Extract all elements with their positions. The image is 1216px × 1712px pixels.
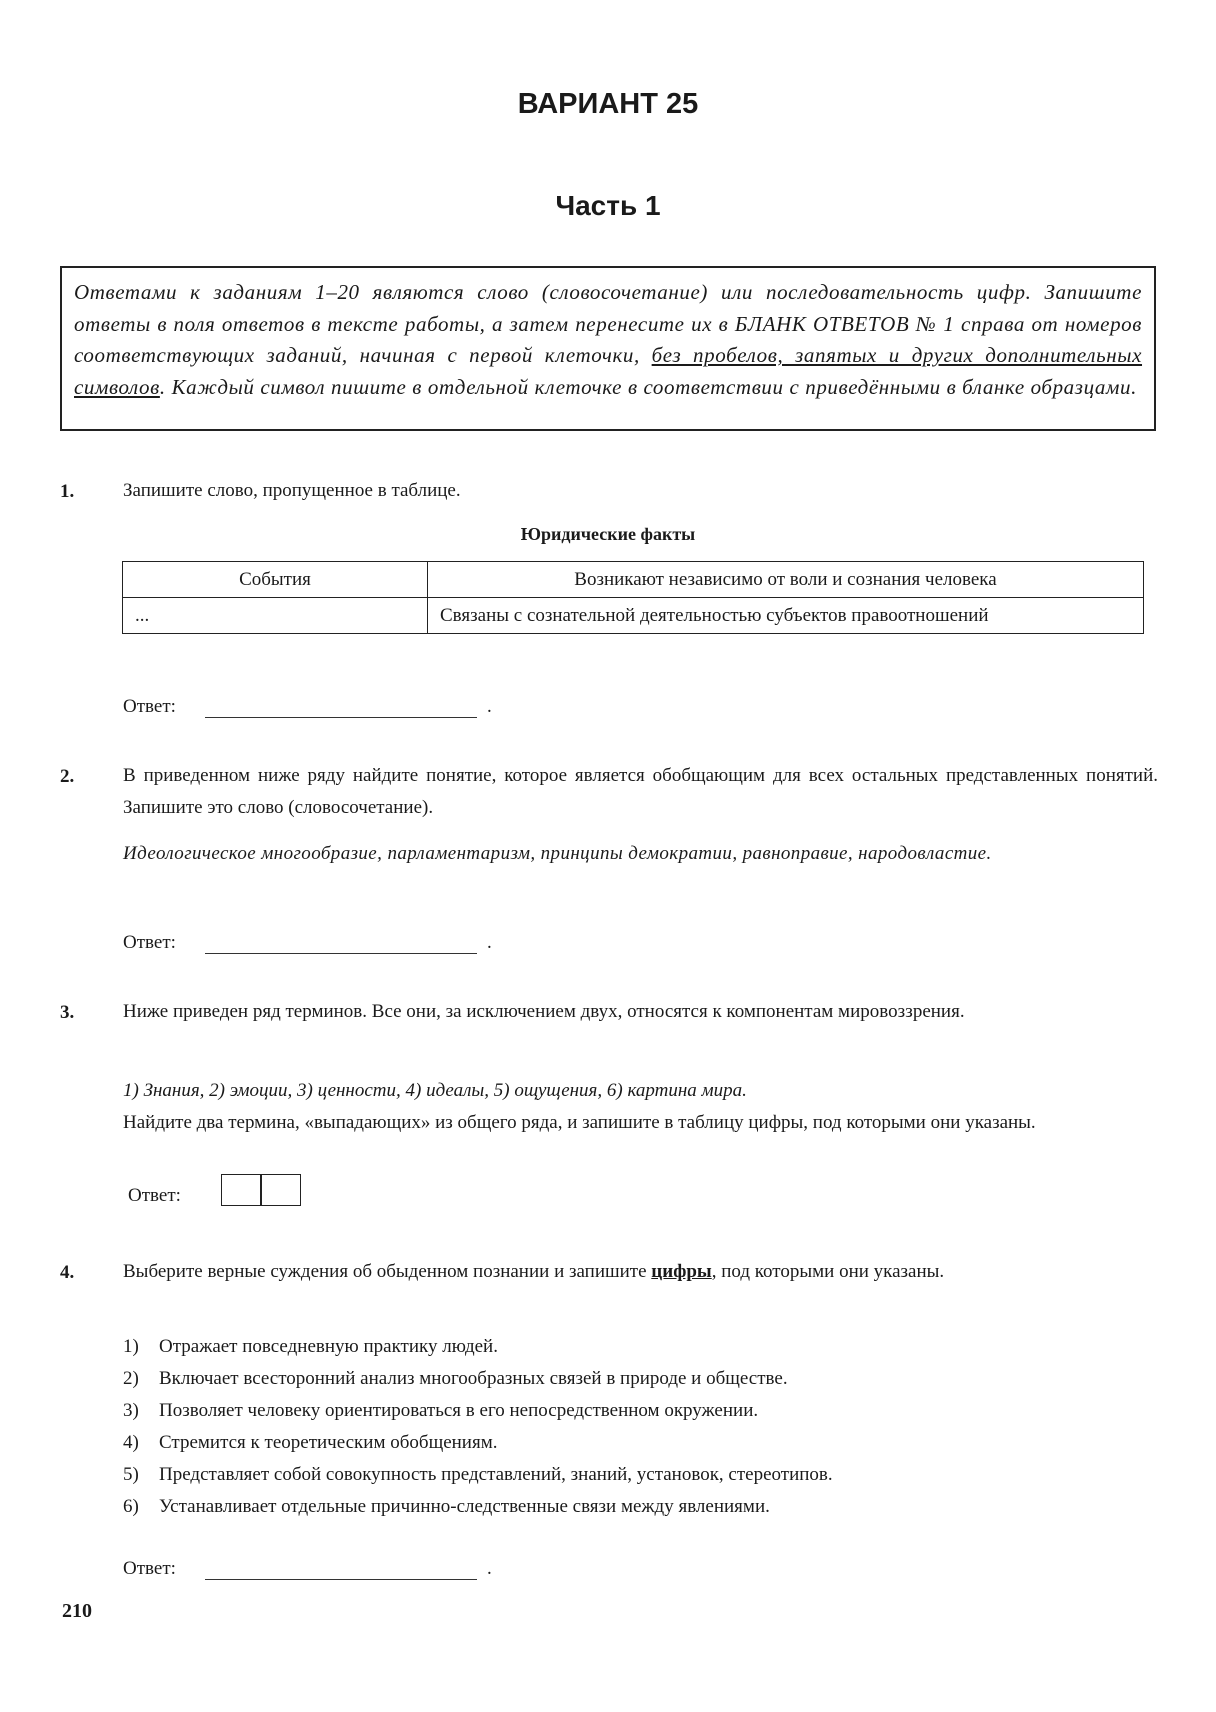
question-4-text-end: , под которыми они указаны. xyxy=(712,1261,944,1282)
table-row: События Возникают независимо от воли и с… xyxy=(123,562,1144,598)
answer-label: Ответ: xyxy=(123,696,176,717)
table-caption: Юридические факты xyxy=(0,524,1216,545)
answer-row-4: Ответ: . xyxy=(123,1558,176,1580)
answer-dot: . xyxy=(487,1558,492,1580)
answer-dot: . xyxy=(487,696,492,718)
table-cell: События xyxy=(123,562,428,598)
table-row: ... Связаны с сознательной деятельностью… xyxy=(123,598,1144,634)
question-1-number: 1. xyxy=(60,481,74,503)
answer-field-4[interactable] xyxy=(205,1579,477,1580)
question-3-text: Ниже приведен ряд терминов. Все они, за … xyxy=(123,996,1158,1028)
option-1: 1)Отражает повседневную практику людей. xyxy=(123,1336,498,1358)
question-3-number: 3. xyxy=(60,1002,74,1024)
option-text: Представляет собой совокупность представ… xyxy=(159,1464,833,1485)
option-number: 4) xyxy=(123,1432,159,1454)
question-4-emphasis: цифры xyxy=(651,1261,711,1282)
answer-field-2[interactable] xyxy=(205,953,477,954)
option-number: 5) xyxy=(123,1464,159,1486)
option-text: Включает всесторонний анализ многообразн… xyxy=(159,1368,788,1389)
variant-title: ВАРИАНТ 25 xyxy=(0,88,1216,121)
option-text: Стремится к теоретическим обобщениям. xyxy=(159,1432,497,1453)
question-2-text: В приведенном ниже ряду найдите понятие,… xyxy=(123,760,1158,824)
page-number: 210 xyxy=(62,1600,92,1623)
answer-cells-3 xyxy=(222,1174,301,1208)
answer-row-3: Ответ: xyxy=(128,1185,181,1207)
instruction-box: Ответами к заданиям 1–20 являются слово … xyxy=(60,266,1156,431)
question-2-terms: Идеологическое многообразие, парламентар… xyxy=(123,838,1158,870)
answer-cell-1[interactable] xyxy=(221,1174,262,1206)
question-4-text-start: Выберите верные суждения об обыденном по… xyxy=(123,1261,651,1282)
question-4-text: Выберите верные суждения об обыденном по… xyxy=(123,1256,1158,1288)
answer-label: Ответ: xyxy=(123,932,176,953)
facts-table: События Возникают независимо от воли и с… xyxy=(122,561,1144,634)
option-2: 2)Включает всесторонний анализ многообра… xyxy=(123,1368,788,1390)
option-text: Позволяет человеку ориентироваться в его… xyxy=(159,1400,758,1421)
answer-row-1: Ответ: . xyxy=(123,696,176,718)
instruction-text-end: . Каждый символ пишите в отдельной клето… xyxy=(160,375,1137,399)
answer-cell-2[interactable] xyxy=(260,1174,301,1206)
table-cell-missing: ... xyxy=(123,598,428,634)
question-3-terms: 1) Знания, 2) эмоции, 3) ценности, 4) ид… xyxy=(123,1075,747,1107)
table-cell: Возникают независимо от воли и сознания … xyxy=(428,562,1144,598)
option-text: Отражает повседневную практику людей. xyxy=(159,1336,498,1357)
option-4: 4)Стремится к теоретическим обобщениям. xyxy=(123,1432,497,1454)
option-text: Устанавливает отдельные причинно-следств… xyxy=(159,1496,770,1517)
option-number: 2) xyxy=(123,1368,159,1390)
answer-label: Ответ: xyxy=(128,1185,181,1206)
part-title: Часть 1 xyxy=(0,190,1216,222)
answer-dot: . xyxy=(487,932,492,954)
option-5: 5)Представляет собой совокупность предст… xyxy=(123,1464,833,1486)
option-number: 6) xyxy=(123,1496,159,1518)
answer-label: Ответ: xyxy=(123,1558,176,1579)
option-3: 3)Позволяет человеку ориентироваться в е… xyxy=(123,1400,758,1422)
question-3-task: Найдите два термина, «выпадающих» из общ… xyxy=(123,1107,1158,1139)
question-1-text: Запишите слово, пропущенное в таблице. xyxy=(123,475,1158,507)
table-cell: Связаны с сознательной деятельностью суб… xyxy=(428,598,1144,634)
answer-field-1[interactable] xyxy=(205,717,477,718)
option-number: 1) xyxy=(123,1336,159,1358)
answer-row-2: Ответ: . xyxy=(123,932,176,954)
question-4-number: 4. xyxy=(60,1262,74,1284)
question-2-number: 2. xyxy=(60,766,74,788)
option-6: 6)Устанавливает отдельные причинно-следс… xyxy=(123,1496,770,1518)
option-number: 3) xyxy=(123,1400,159,1422)
